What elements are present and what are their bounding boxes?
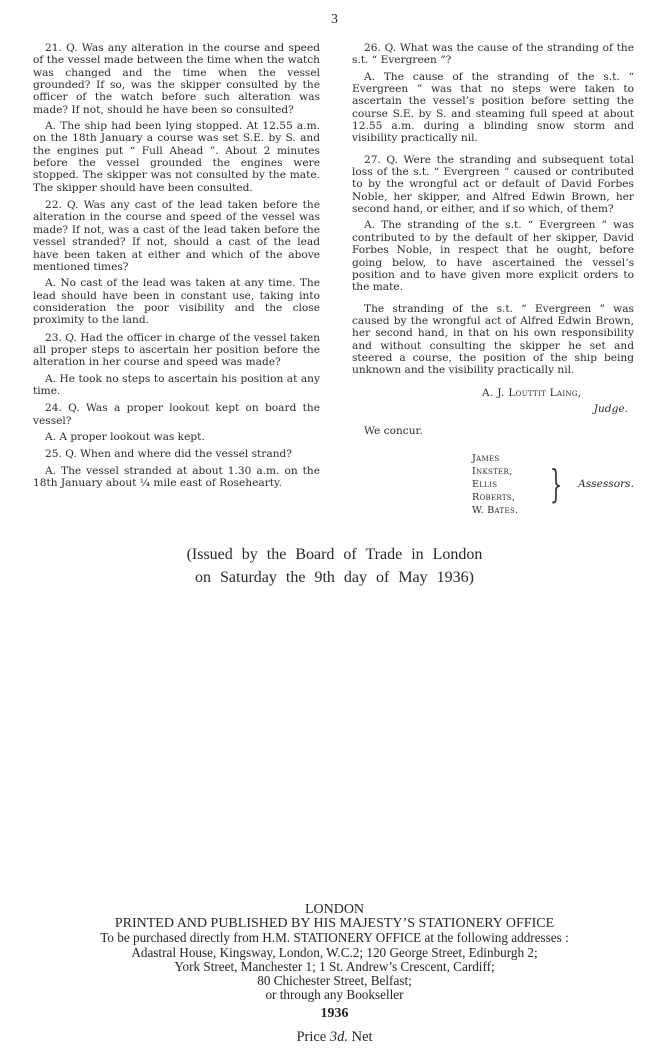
imprint-purchase-line: To be purchased directly from H.M. STATI… <box>0 931 669 945</box>
issued-line-2: on Saturday the 9th day of May 1936) <box>0 566 669 589</box>
price-suffix: Net <box>352 1029 373 1045</box>
question-23: 23. Q. Had the officer in charge of the … <box>33 332 320 369</box>
assessor-name: W. Bates. <box>472 504 540 517</box>
answer-23: A. He took no steps to ascertain his pos… <box>33 373 320 398</box>
right-brace-icon: } <box>550 465 562 503</box>
left-column: 21. Q. Was any alteration in the course … <box>33 42 320 494</box>
assessors-title: Assessors. <box>578 478 634 490</box>
imprint-year: 1936 <box>0 1006 669 1022</box>
answer-24: A. A proper lookout was kept. <box>33 431 320 443</box>
issued-line-1: (Issued by the Board of Trade in London <box>0 543 669 566</box>
price-prefix: Price <box>296 1029 326 1045</box>
right-column: 26. Q. What was the cause of the strandi… <box>352 42 634 517</box>
imprint-address-1: Adastral House, Kingsway, London, W.C.2;… <box>0 946 669 960</box>
answer-25: A. The vessel stranded at about 1.30 a.m… <box>33 465 320 490</box>
imprint-city: LONDON <box>0 903 669 917</box>
assessor-names: James Inkster, Ellis Roberts, W. Bates. <box>472 452 540 517</box>
imprint-publisher: PRINTED AND PUBLISHED BY HIS MAJESTY’S S… <box>0 917 669 931</box>
assessor-name: James Inkster, <box>472 452 540 478</box>
price-value: 3d. <box>330 1029 348 1045</box>
answer-27: A. The stranding of the s.t. “ Evergreen… <box>352 219 634 293</box>
concur-statement: We concur. <box>352 425 634 437</box>
imprint-price: Price 3d. Net <box>0 1030 669 1044</box>
imprint-address-3: 80 Chichester Street, Belfast; <box>0 974 669 988</box>
question-21: 21. Q. Was any alteration in the course … <box>33 42 320 116</box>
imprint-address-2: York Street, Manchester 1; 1 St. Andrew’… <box>0 960 669 974</box>
question-25: 25. Q. When and where did the vessel str… <box>33 448 320 460</box>
answer-26: A. The cause of the stranding of the s.t… <box>352 71 634 145</box>
question-22: 22. Q. Was any cast of the lead taken be… <box>33 199 320 273</box>
question-24: 24. Q. Was a proper lookout kept on boar… <box>33 402 320 427</box>
page-number: 3 <box>0 12 669 28</box>
issued-notice: (Issued by the Board of Trade in London … <box>0 543 669 589</box>
question-27: 27. Q. Were the stranding and subsequent… <box>352 154 634 216</box>
assessor-name: Ellis Roberts, <box>472 478 540 504</box>
imprint: LONDON PRINTED AND PUBLISHED BY HIS MAJE… <box>0 903 669 1045</box>
assessors-block: James Inkster, Ellis Roberts, W. Bates. … <box>472 452 634 517</box>
answer-22: A. No cast of the lead was taken at any … <box>33 277 320 326</box>
question-26: 26. Q. What was the cause of the strandi… <box>352 42 634 67</box>
finding-paragraph: The stranding of the s.t. “ Evergreen ” … <box>352 303 634 377</box>
imprint-bookseller: or through any Bookseller <box>0 988 669 1002</box>
judge-name: A. J. Louttit Laing, <box>482 387 634 399</box>
judge-title: Judge. <box>352 403 628 415</box>
answer-21: A. The ship had been lying stopped. At 1… <box>33 120 320 194</box>
